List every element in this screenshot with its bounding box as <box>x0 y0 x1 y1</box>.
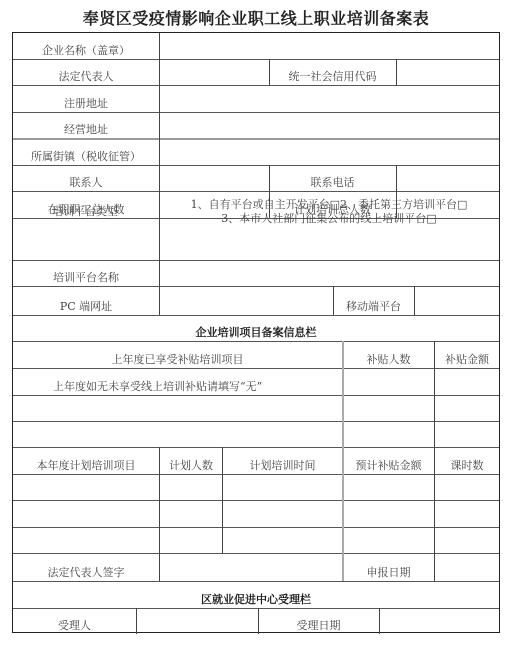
registration-form: 企业名称（盖章） 法定代表人 统一社会信用代码 注册地址 经营地址 所属街镇（税… <box>12 32 500 633</box>
last-year-project-header: 上年度已享受补贴培训项目 <box>13 341 342 368</box>
this-year-project-field[interactable] <box>13 527 159 553</box>
registered-address-label: 注册地址 <box>13 85 159 112</box>
credit-code-label: 统一社会信用代码 <box>269 59 396 85</box>
business-address-field[interactable] <box>160 112 499 138</box>
class-hours-field[interactable] <box>435 474 499 500</box>
planned-time-field[interactable] <box>223 500 342 527</box>
class-hours-field[interactable] <box>435 500 499 527</box>
platform-type-options[interactable]: 1、自有平台或自主开发平台□2、委托第三方培训平台□ 3、本市人社部门征集公布的… <box>159 191 499 233</box>
platform-type-options-line1[interactable]: 1、自有平台或自主开发平台□2、委托第三方培训平台□ <box>191 198 468 212</box>
this-year-project-field[interactable] <box>13 474 159 500</box>
contact-phone-field[interactable] <box>397 165 499 191</box>
contact-field[interactable] <box>160 165 269 191</box>
acceptance-section-header: 区就业促进中心受理栏 <box>13 581 499 608</box>
last-year-amount-field[interactable] <box>435 395 499 421</box>
signature-label: 法定代表人签字 <box>13 553 159 581</box>
platform-name-field[interactable] <box>160 260 499 286</box>
this-year-project-field[interactable] <box>13 500 159 527</box>
legal-rep-field[interactable] <box>160 59 269 85</box>
last-year-note[interactable]: 上年度如无未享受线上培训补贴请填写“无” <box>13 368 342 395</box>
estimated-subsidy-field[interactable] <box>343 500 434 527</box>
registered-address-field[interactable] <box>160 85 499 112</box>
last-year-count-field[interactable] <box>343 421 434 447</box>
signature-field[interactable] <box>160 553 342 581</box>
company-name-field[interactable] <box>160 33 499 59</box>
class-hours-header: 课时数 <box>435 447 499 474</box>
last-year-project-field[interactable] <box>13 421 342 447</box>
contact-phone-label: 联系电话 <box>269 165 396 191</box>
mobile-platform-label: 移动端平台 <box>333 286 414 315</box>
planned-count-field[interactable] <box>160 527 222 553</box>
platform-type-options-line2[interactable]: 3、本市人社部门征集公布的线上培训平台□ <box>221 212 436 226</box>
class-hours-field[interactable] <box>435 527 499 553</box>
planned-count-header: 计划人数 <box>160 447 222 474</box>
estimated-subsidy-field[interactable] <box>343 474 434 500</box>
planned-count-field[interactable] <box>160 474 222 500</box>
pc-url-field[interactable] <box>160 286 333 315</box>
planned-time-field[interactable] <box>223 474 342 500</box>
street-town-field[interactable] <box>160 138 499 165</box>
last-year-project-field[interactable] <box>13 395 342 421</box>
receiver-field[interactable] <box>137 608 258 634</box>
pc-url-label: PC 端网址 <box>13 286 159 315</box>
report-date-label: 申报日期 <box>343 553 434 581</box>
last-year-count-field[interactable] <box>343 395 434 421</box>
accept-date-label: 受理日期 <box>258 608 379 634</box>
street-town-label: 所属街镇（税收征管） <box>13 138 159 165</box>
planned-time-header: 计划培训时间 <box>223 447 342 474</box>
training-section-header: 企业培训项目备案信息栏 <box>13 315 499 341</box>
estimated-subsidy-header: 预计补贴金额 <box>343 447 434 474</box>
contact-label: 联系人 <box>13 165 159 191</box>
receiver-label: 受理人 <box>13 608 136 634</box>
credit-code-field[interactable] <box>397 59 499 85</box>
report-date-field[interactable] <box>435 553 499 581</box>
company-name-label: 企业名称（盖章） <box>13 33 159 59</box>
subsidy-count-header: 补贴人数 <box>343 341 434 368</box>
last-year-count-field[interactable] <box>343 368 434 395</box>
this-year-project-header: 本年度计划培训项目 <box>13 447 159 474</box>
last-year-amount-field[interactable] <box>435 368 499 395</box>
mobile-platform-field[interactable] <box>415 286 499 315</box>
last-year-amount-field[interactable] <box>435 421 499 447</box>
planned-time-field[interactable] <box>223 527 342 553</box>
planned-count-field[interactable] <box>160 500 222 527</box>
accept-date-field[interactable] <box>380 608 499 634</box>
business-address-label: 经营地址 <box>13 112 159 138</box>
estimated-subsidy-field[interactable] <box>343 527 434 553</box>
subsidy-amount-header: 补贴金额 <box>435 341 499 368</box>
platform-name-label: 培训平台名称 <box>13 260 159 286</box>
form-title: 奉贤区受疫情影响企业职工线上职业培训备案表 <box>0 6 512 29</box>
platform-type-label: 培训平台类型 <box>12 191 158 233</box>
legal-rep-label: 法定代表人 <box>13 59 159 85</box>
